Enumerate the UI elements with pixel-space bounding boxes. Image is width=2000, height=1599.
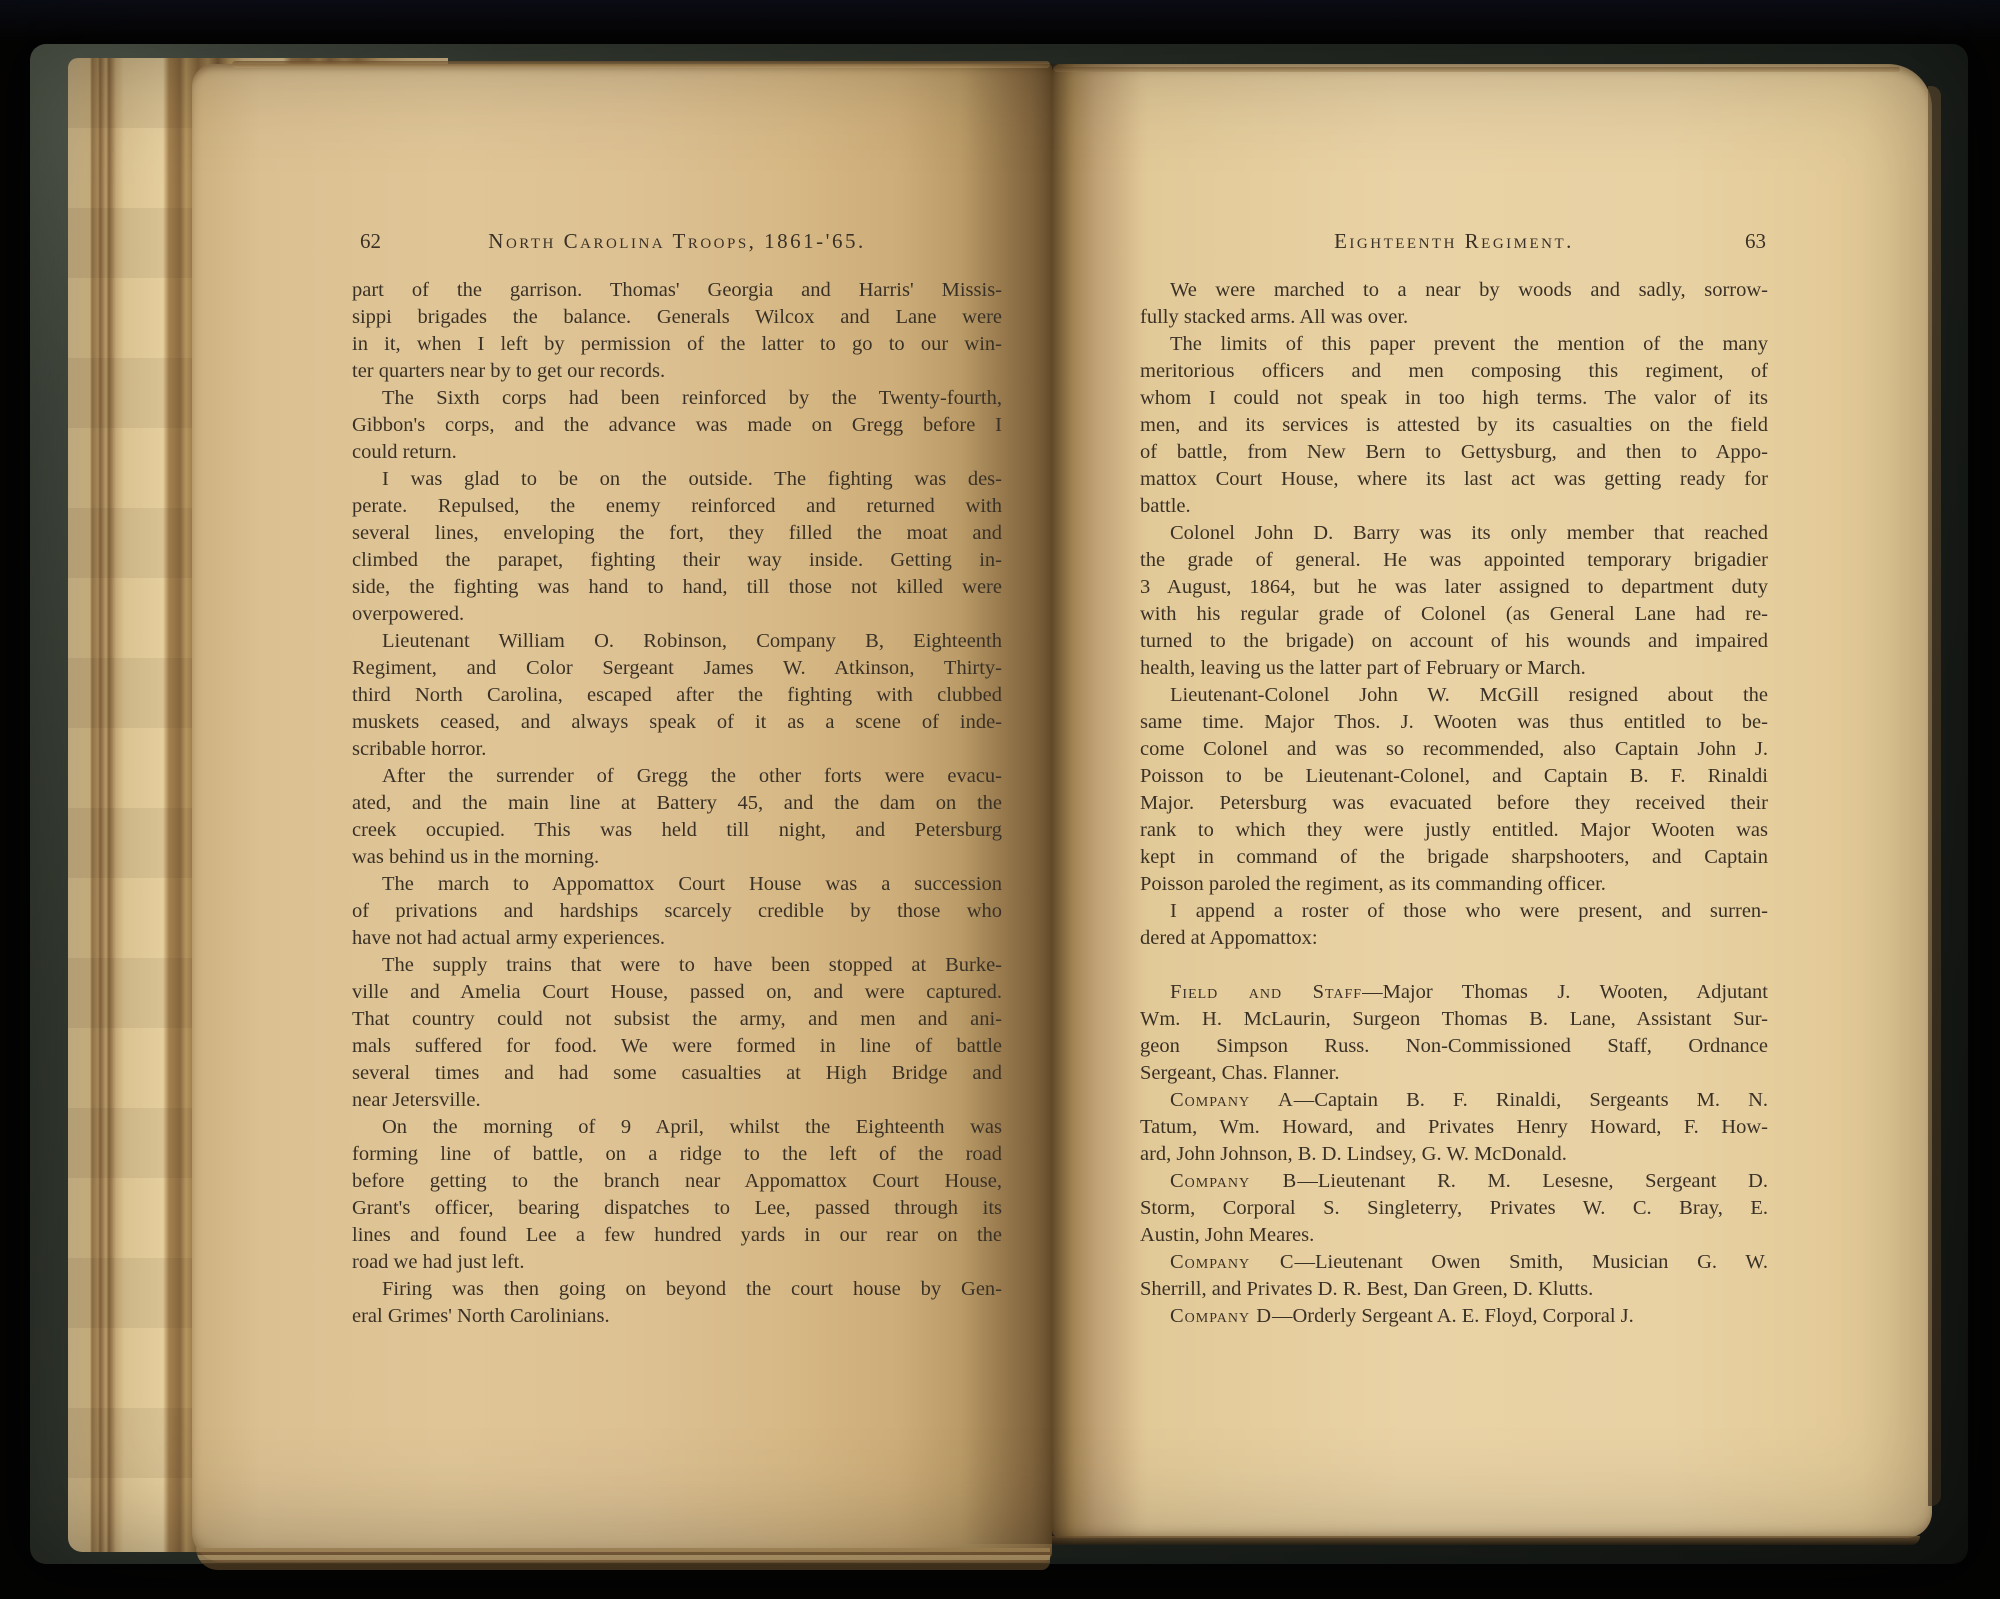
right-page-fore-edge bbox=[1928, 86, 1941, 1506]
text-line: Austin, John Meares. bbox=[1140, 1222, 1768, 1249]
text-line: Gibbon's corps, and the advance was made… bbox=[352, 412, 1002, 439]
text-line: near Jetersville. bbox=[352, 1087, 1002, 1114]
text-line: come Colonel and was so recommended, als… bbox=[1140, 736, 1768, 763]
left-page-top-edge bbox=[232, 61, 1050, 68]
small-caps-lead: Field and Staff bbox=[1170, 981, 1362, 1003]
text-line: Lieutenant William O. Robinson, Company … bbox=[352, 628, 1002, 655]
paragraph: The limits of this paper prevent the men… bbox=[1140, 331, 1768, 520]
text-line: dered at Appomattox: bbox=[1140, 925, 1768, 952]
text-line: Storm, Corporal S. Singleterry, Privates… bbox=[1140, 1195, 1768, 1222]
text-line: The Sixth corps had been reinforced by t… bbox=[352, 385, 1002, 412]
text-line: ville and Amelia Court House, passed on,… bbox=[352, 979, 1002, 1006]
text-line: in it, when I left by permission of the … bbox=[352, 331, 1002, 358]
text-line: On the morning of 9 April, whilst the Ei… bbox=[352, 1114, 1002, 1141]
right-page-header: Eighteenth Regiment. 63 bbox=[1140, 228, 1768, 258]
text-line: of battle, from New Bern to Gettysburg, … bbox=[1140, 439, 1768, 466]
text-line: mals suffered for food. We were formed i… bbox=[352, 1033, 1002, 1060]
text-line: eral Grimes' North Carolinians. bbox=[352, 1303, 1002, 1330]
text-line: ter quarters near by to get our records. bbox=[352, 358, 1002, 385]
paragraph: Company D—Orderly Sergeant A. E. Floyd, … bbox=[1140, 1303, 1768, 1330]
text-line: ated, and the main line at Battery 45, a… bbox=[352, 790, 1002, 817]
text-line: several times and had some casualties at… bbox=[352, 1060, 1002, 1087]
paragraph: Field and Staff—Major Thomas J. Wooten, … bbox=[1140, 979, 1768, 1087]
text-line: before getting to the branch near Appoma… bbox=[352, 1168, 1002, 1195]
text-line: overpowered. bbox=[352, 601, 1002, 628]
paragraph: Company B—Lieutenant R. M. Lesesne, Serg… bbox=[1140, 1168, 1768, 1249]
right-page-number: 63 bbox=[1745, 228, 1766, 255]
text-line: with his regular grade of Colonel (as Ge… bbox=[1140, 601, 1768, 628]
text-line: part of the garrison. Thomas' Georgia an… bbox=[352, 277, 1002, 304]
paragraph: Colonel John D. Barry was its only membe… bbox=[1140, 520, 1768, 682]
paragraph: Company C—Lieutenant Owen Smith, Musicia… bbox=[1140, 1249, 1768, 1303]
right-page-bottom-edge bbox=[1052, 1536, 1920, 1545]
text-line: Colonel John D. Barry was its only membe… bbox=[1140, 520, 1768, 547]
text-line: Company A—Captain B. F. Rinaldi, Sergean… bbox=[1140, 1087, 1768, 1114]
text-line: Poisson paroled the regiment, as its com… bbox=[1140, 871, 1768, 898]
text-line: meritorious officers and men composing t… bbox=[1140, 358, 1768, 385]
text-line: The limits of this paper prevent the men… bbox=[1140, 331, 1768, 358]
paragraph: I append a roster of those who were pres… bbox=[1140, 898, 1768, 952]
text-line: side, the fighting was hand to hand, til… bbox=[352, 574, 1002, 601]
text-line: climbed the parapet, fighting their way … bbox=[352, 547, 1002, 574]
text-line: creek occupied. This was held till night… bbox=[352, 817, 1002, 844]
text-line: Grant's officer, bearing dispatches to L… bbox=[352, 1195, 1002, 1222]
text-line: Company C—Lieutenant Owen Smith, Musicia… bbox=[1140, 1249, 1768, 1276]
left-running-header: North Carolina Troops, 1861-'65. bbox=[352, 228, 1002, 255]
right-running-header: Eighteenth Regiment. bbox=[1140, 228, 1768, 255]
text-line: the grade of general. He was appointed t… bbox=[1140, 547, 1768, 574]
text-line: Major. Petersburg was evacuated before t… bbox=[1140, 790, 1768, 817]
text-line: The march to Appomattox Court House was … bbox=[352, 871, 1002, 898]
text-line: I append a roster of those who were pres… bbox=[1140, 898, 1768, 925]
text-line: I was glad to be on the outside. The fig… bbox=[352, 466, 1002, 493]
paragraph: Company A—Captain B. F. Rinaldi, Sergean… bbox=[1140, 1087, 1768, 1168]
text-line: road we had just left. bbox=[352, 1249, 1002, 1276]
text-line: Sherrill, and Privates D. R. Best, Dan G… bbox=[1140, 1276, 1768, 1303]
left-page-text: 62 North Carolina Troops, 1861-'65. part… bbox=[352, 228, 1002, 1330]
right-page-body: We were marched to a near by woods and s… bbox=[1140, 277, 1768, 1330]
text-line: Company B—Lieutenant R. M. Lesesne, Serg… bbox=[1140, 1168, 1768, 1195]
text-line: Regiment, and Color Sergeant James W. At… bbox=[352, 655, 1002, 682]
small-caps-lead: Company D bbox=[1170, 1305, 1272, 1327]
text-line: Wm. H. McLaurin, Surgeon Thomas B. Lane,… bbox=[1140, 1006, 1768, 1033]
paragraph: The supply trains that were to have been… bbox=[352, 952, 1002, 1114]
text-line: Lieutenant-Colonel John W. McGill resign… bbox=[1140, 682, 1768, 709]
small-caps-lead: Company B bbox=[1170, 1170, 1297, 1192]
small-caps-lead: Company C bbox=[1170, 1251, 1295, 1273]
left-page-body: part of the garrison. Thomas' Georgia an… bbox=[352, 277, 1002, 1330]
text-line: forming line of battle, on a ridge to th… bbox=[352, 1141, 1002, 1168]
text-line: have not had actual army experiences. bbox=[352, 925, 1002, 952]
text-line: Field and Staff—Major Thomas J. Wooten, … bbox=[1140, 979, 1768, 1006]
paragraph: The Sixth corps had been reinforced by t… bbox=[352, 385, 1002, 466]
paragraph: The march to Appomattox Court House was … bbox=[352, 871, 1002, 952]
text-line: battle. bbox=[1140, 493, 1768, 520]
text-line: kept in command of the brigade sharpshoo… bbox=[1140, 844, 1768, 871]
text-line: Poisson to be Lieutenant-Colonel, and Ca… bbox=[1140, 763, 1768, 790]
text-line: fully stacked arms. All was over. bbox=[1140, 304, 1768, 331]
text-line: health, leaving us the latter part of Fe… bbox=[1140, 655, 1768, 682]
text-line: could return. bbox=[352, 439, 1002, 466]
text-line: perate. Repulsed, the enemy reinforced a… bbox=[352, 493, 1002, 520]
text-line: muskets ceased, and always speak of it a… bbox=[352, 709, 1002, 736]
text-line: Sergeant, Chas. Flanner. bbox=[1140, 1060, 1768, 1087]
paragraph: After the surrender of Gregg the other f… bbox=[352, 763, 1002, 871]
text-line: ard, John Johnson, B. D. Lindsey, G. W. … bbox=[1140, 1141, 1768, 1168]
text-line: We were marched to a near by woods and s… bbox=[1140, 277, 1768, 304]
text-line: Tatum, Wm. Howard, and Privates Henry Ho… bbox=[1140, 1114, 1768, 1141]
paragraph: On the morning of 9 April, whilst the Ei… bbox=[352, 1114, 1002, 1276]
text-line: third North Carolina, escaped after the … bbox=[352, 682, 1002, 709]
text-line: scribable horror. bbox=[352, 736, 1002, 763]
paragraph: I was glad to be on the outside. The fig… bbox=[352, 466, 1002, 628]
text-line: rank to which they were justly entitled.… bbox=[1140, 817, 1768, 844]
text-line: men, and its services is attested by its… bbox=[1140, 412, 1768, 439]
text-line: That country could not subsist the army,… bbox=[352, 1006, 1002, 1033]
left-page-header: 62 North Carolina Troops, 1861-'65. bbox=[352, 228, 1002, 258]
text-line: Company D—Orderly Sergeant A. E. Floyd, … bbox=[1140, 1303, 1768, 1330]
text-line: turned to the brigade) on account of his… bbox=[1140, 628, 1768, 655]
book-photo: 62 North Carolina Troops, 1861-'65. part… bbox=[0, 0, 2000, 1599]
text-line: sippi brigades the balance. Generals Wil… bbox=[352, 304, 1002, 331]
text-line: geon Simpson Russ. Non-Commissioned Staf… bbox=[1140, 1033, 1768, 1060]
text-line: whom I could not speak in too high terms… bbox=[1140, 385, 1768, 412]
text-line: same time. Major Thos. J. Wooten was thu… bbox=[1140, 709, 1768, 736]
right-page-top-edge bbox=[1054, 67, 1900, 72]
text-line: After the surrender of Gregg the other f… bbox=[352, 763, 1002, 790]
text-line: The supply trains that were to have been… bbox=[352, 952, 1002, 979]
small-caps-lead: Company A bbox=[1170, 1089, 1294, 1111]
text-line: of privations and hardships scarcely cre… bbox=[352, 898, 1002, 925]
paragraph: We were marched to a near by woods and s… bbox=[1140, 277, 1768, 331]
text-line: several lines, enveloping the fort, they… bbox=[352, 520, 1002, 547]
left-page-bottom-edges bbox=[196, 1548, 1050, 1570]
text-line: was behind us in the morning. bbox=[352, 844, 1002, 871]
paragraph: Firing was then going on beyond the cour… bbox=[352, 1276, 1002, 1330]
text-line: mattox Court House, where its last act w… bbox=[1140, 466, 1768, 493]
text-line: Firing was then going on beyond the cour… bbox=[352, 1276, 1002, 1303]
paragraph: Lieutenant William O. Robinson, Company … bbox=[352, 628, 1002, 763]
paragraph: Lieutenant-Colonel John W. McGill resign… bbox=[1140, 682, 1768, 898]
text-line: 3 August, 1864, but he was later assigne… bbox=[1140, 574, 1768, 601]
right-page-text: Eighteenth Regiment. 63 We were marched … bbox=[1140, 228, 1768, 1330]
text-line: lines and found Lee a few hundred yards … bbox=[352, 1222, 1002, 1249]
paragraph: part of the garrison. Thomas' Georgia an… bbox=[352, 277, 1002, 385]
background-tint bbox=[0, 0, 2000, 42]
